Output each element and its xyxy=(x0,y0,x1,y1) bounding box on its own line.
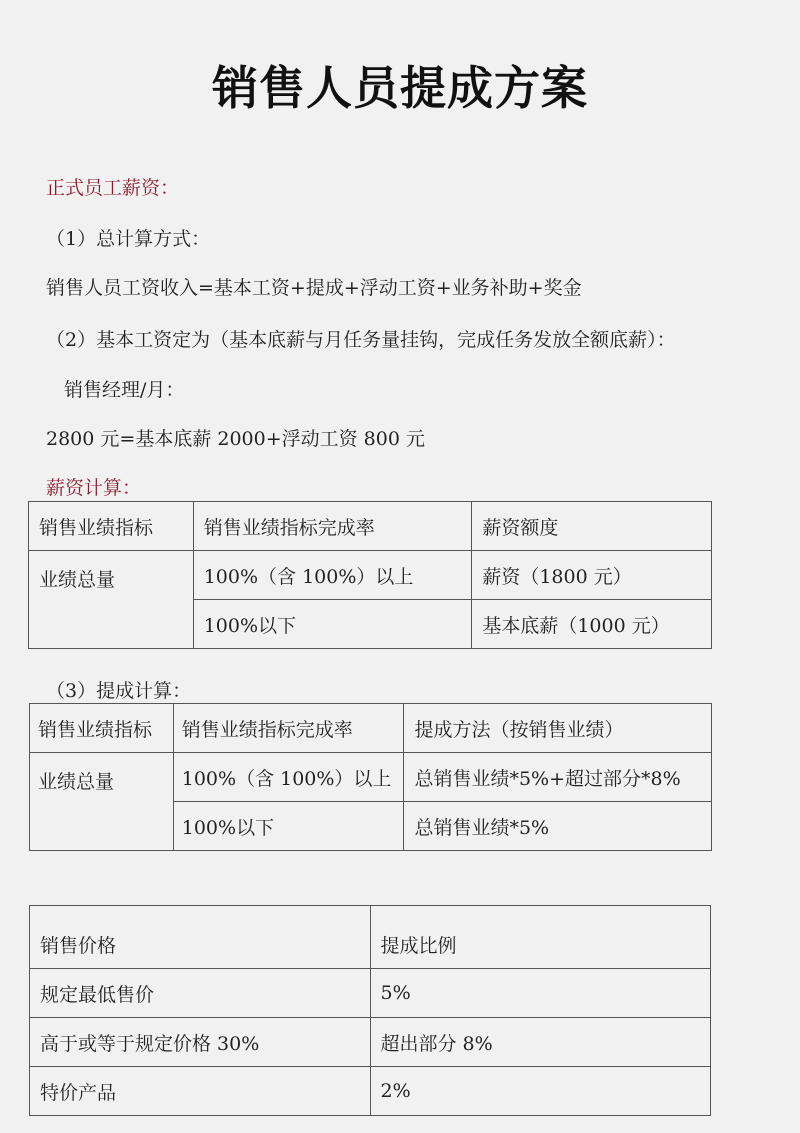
price-commission-table: 销售价格 提成比例 规定最低售价 5% 高于或等于规定价格 30% 超出部分 8… xyxy=(29,905,711,1116)
ratio-cell: 5% xyxy=(370,969,711,1018)
rate-cell: 100%以下 xyxy=(193,600,472,649)
indicator-cell: 业绩总量 xyxy=(29,551,194,649)
page-title: 销售人员提成方案 xyxy=(0,52,800,118)
rate-cell: 100%（含 100%）以上 xyxy=(173,753,404,802)
table-row: 业绩总量 100%（含 100%）以上 总销售业绩*5%+超过部分*8% xyxy=(30,753,712,802)
ratio-cell: 2% xyxy=(370,1067,711,1116)
rate-cell: 100%以下 xyxy=(173,802,404,851)
table-row: 业绩总量 100%（含 100%）以上 薪资（1800 元） xyxy=(29,551,712,600)
salary-formula: 销售人员工资收入=基本工资+提成+浮动工资+业务补助+奖金 xyxy=(46,273,582,300)
header-cell: 销售业绩指标 xyxy=(29,502,194,551)
price-cell: 高于或等于规定价格 30% xyxy=(30,1018,371,1067)
header-cell: 销售业绩指标完成率 xyxy=(193,502,472,551)
header-cell: 销售业绩指标 xyxy=(30,704,174,753)
header-cell: 薪资额度 xyxy=(472,502,712,551)
header-cell: 提成方法（按销售业绩） xyxy=(404,704,712,753)
price-cell: 规定最低售价 xyxy=(30,969,371,1018)
method-cell: 总销售业绩*5% xyxy=(404,802,712,851)
price-cell: 特价产品 xyxy=(30,1067,371,1116)
section-heading-salary-calc: 薪资计算： xyxy=(46,473,141,500)
header-cell: 销售业绩指标完成率 xyxy=(173,704,404,753)
item2-heading: （2）基本工资定为（基本底薪与月任务量挂钩，完成任务发放全额底薪）： xyxy=(46,325,676,352)
table-row: 高于或等于规定价格 30% 超出部分 8% xyxy=(30,1018,711,1067)
section-heading-formal-salary: 正式员工薪资： xyxy=(46,173,179,200)
commission-table: 销售业绩指标 销售业绩指标完成率 提成方法（按销售业绩） 业绩总量 100%（含… xyxy=(29,703,712,851)
table-header-row: 销售价格 提成比例 xyxy=(30,906,711,969)
method-cell: 总销售业绩*5%+超过部分*8% xyxy=(404,753,712,802)
rate-cell: 100%（含 100%）以上 xyxy=(193,551,472,600)
table-header-row: 销售业绩指标 销售业绩指标完成率 提成方法（按销售业绩） xyxy=(30,704,712,753)
amount-cell: 薪资（1800 元） xyxy=(472,551,712,600)
header-cell: 销售价格 xyxy=(30,906,371,969)
indicator-cell: 业绩总量 xyxy=(30,753,174,851)
amount-cell: 基本底薪（1000 元） xyxy=(472,600,712,649)
manager-label: 销售经理/月： xyxy=(64,375,184,402)
salary-table: 销售业绩指标 销售业绩指标完成率 薪资额度 业绩总量 100%（含 100%）以… xyxy=(28,501,712,649)
item1-heading: （1）总计算方式： xyxy=(46,224,210,251)
table-row: 规定最低售价 5% xyxy=(30,969,711,1018)
ratio-cell: 超出部分 8% xyxy=(370,1018,711,1067)
manager-formula: 2800 元=基本底薪 2000+浮动工资 800 元 xyxy=(46,424,425,451)
table-header-row: 销售业绩指标 销售业绩指标完成率 薪资额度 xyxy=(29,502,712,551)
table-row: 特价产品 2% xyxy=(30,1067,711,1116)
header-cell: 提成比例 xyxy=(370,906,711,969)
item3-heading: （3）提成计算： xyxy=(46,676,191,703)
